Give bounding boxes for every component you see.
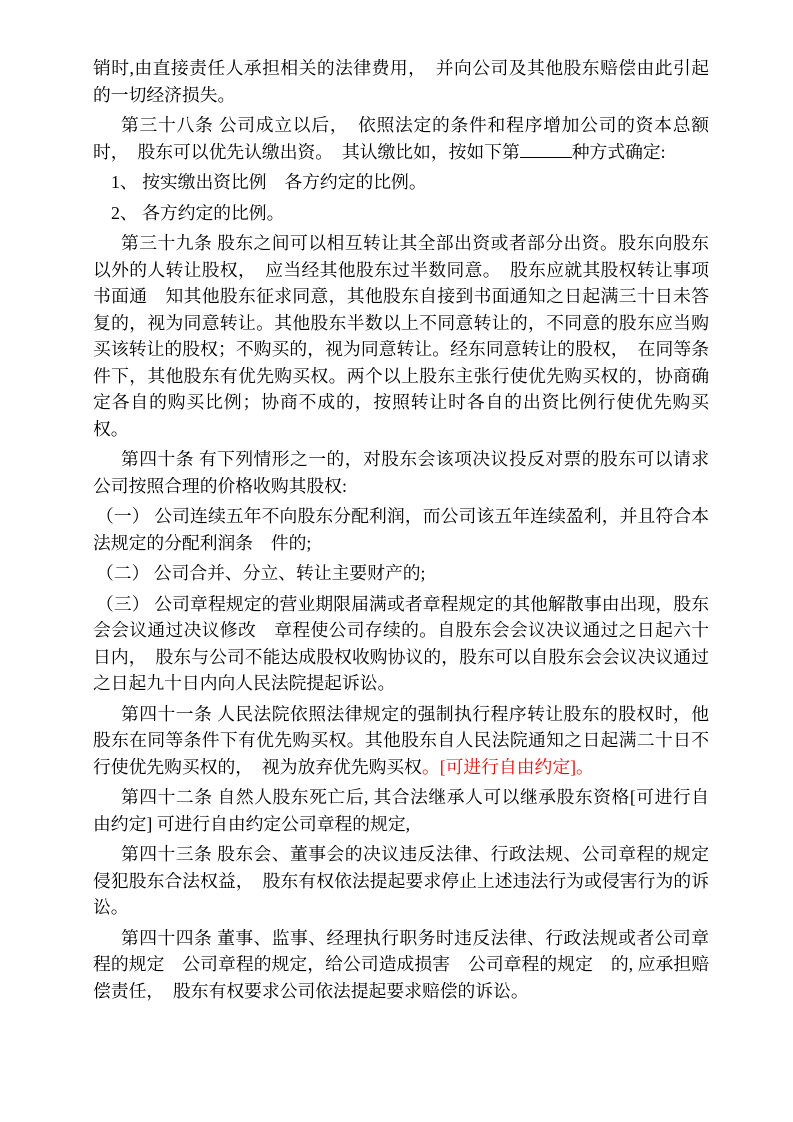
- text-segment: 第四十三条 股东会、董事会的决议违反法律、行政法规、公司章程的规定侵犯股东合法权…: [93, 844, 709, 917]
- article-43: 第四十三条 股东会、董事会的决议违反法律、行政法规、公司章程的规定侵犯股东合法权…: [93, 841, 709, 921]
- article-38: 第三十八条 公司成立以后， 依照法定的条件和程序增加公司的资本总额时， 股东可以…: [93, 112, 709, 165]
- article-42: 第四十二条 自然人股东死亡后, 其合法继承人可以继承股东资格[可进行自由约定] …: [93, 784, 709, 837]
- highlighted-text: 。[可进行自由约定]。: [422, 757, 594, 777]
- article-44: 第四十四条 董事、监事、经理执行职务时违反法律、行政法规或者公司章程的规定 公司…: [93, 925, 709, 1005]
- text-segment: （二） 公司合并、分立、转让主要财产的;: [96, 563, 425, 583]
- article-39: 第三十九条 股东之间可以相互转让其全部出资或者部分出资。股东向股东以外的人转让股…: [93, 230, 709, 442]
- article-41: 第四十一条 人民法院依照法律规定的强制执行程序转让股东的股权时，他股东在同等条件…: [93, 701, 709, 781]
- text-segment: 第四十一条 人民法院依照法律规定的强制执行程序转让股东的股权时，他股东在同等条件…: [93, 704, 709, 777]
- clause-2: （二） 公司合并、分立、转让主要财产的;: [93, 560, 709, 587]
- text-segment: 销时,由直接责任人承担相关的法律费用， 并向公司及其他股东赔偿由此引起的一切经济…: [93, 58, 709, 105]
- fill-in-blank: [520, 155, 572, 158]
- text-segment: 1、 按实缴出资比例 各方约定的比例。: [111, 172, 427, 192]
- continuation-paragraph: 销时,由直接责任人承担相关的法律费用， 并向公司及其他股东赔偿由此引起的一切经济…: [93, 55, 709, 108]
- text-segment: 第三十九条 股东之间可以相互转让其全部出资或者部分出资。股东向股东以外的人转让股…: [93, 233, 709, 439]
- document-page: 销时,由直接责任人承担相关的法律费用， 并向公司及其他股东赔偿由此引起的一切经济…: [0, 0, 793, 1122]
- text-segment: 第四十二条 自然人股东死亡后, 其合法继承人可以继承股东资格[可进行自由约定] …: [93, 787, 709, 834]
- clause-1: （一） 公司连续五年不向股东分配利润，而公司该五年连续盈利，并且符合本法规定的分…: [93, 503, 709, 556]
- text-segment: （三） 公司章程规定的营业期限届满或者章程规定的其他解散事由出现，股东会会议通过…: [93, 594, 709, 694]
- clause-3: （三） 公司章程规定的营业期限届满或者章程规定的其他解散事由出现，股东会会议通过…: [93, 591, 709, 697]
- text-segment: （一） 公司连续五年不向股东分配利润，而公司该五年连续盈利，并且符合本法规定的分…: [93, 506, 709, 553]
- document-body: 销时,由直接责任人承担相关的法律费用， 并向公司及其他股东赔偿由此引起的一切经济…: [93, 55, 709, 1004]
- text-segment: 2、 各方约定的比例。: [111, 203, 284, 223]
- article-40: 第四十条 有下列情形之一的，对股东会该项决议投反对票的股东可以请求公司按照合理的…: [93, 446, 709, 499]
- option-1: 1、 按实缴出资比例 各方约定的比例。: [93, 169, 709, 196]
- text-segment: 种方式确定:: [572, 142, 666, 162]
- text-segment: 第四十四条 董事、监事、经理执行职务时违反法律、行政法规或者公司章程的规定 公司…: [93, 928, 709, 1001]
- text-segment: 第四十条 有下列情形之一的，对股东会该项决议投反对票的股东可以请求公司按照合理的…: [93, 449, 709, 496]
- option-2: 2、 各方约定的比例。: [93, 200, 709, 227]
